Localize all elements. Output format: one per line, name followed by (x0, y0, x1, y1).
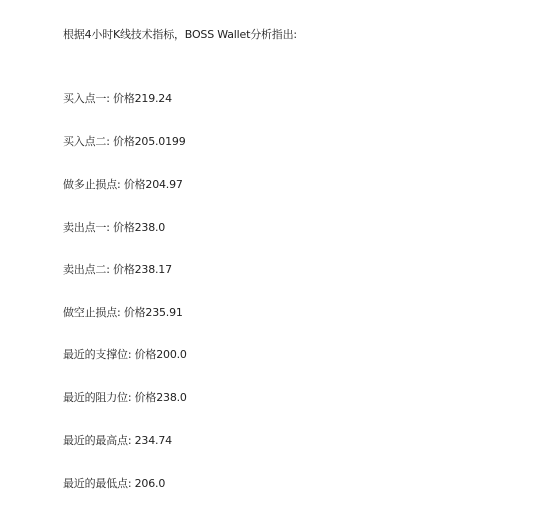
item-value: 价格238.0 (135, 391, 187, 404)
item-label: 买入点一 (63, 92, 106, 105)
recent-low: 最近的最低点: 206.0 (63, 477, 165, 491)
separator: : (128, 477, 135, 490)
recent-high: 最近的最高点: 234.74 (63, 434, 172, 448)
nearest-support: 最近的支撑位: 价格200.0 (63, 348, 187, 362)
separator: : (106, 221, 113, 234)
item-label: 最近的支撑位 (63, 348, 128, 361)
separator: : (106, 135, 113, 148)
buy-point-2: 买入点二: 价格205.0199 (63, 135, 186, 149)
separator: : (128, 434, 135, 447)
item-value: 价格238.17 (113, 263, 172, 276)
separator: : (117, 306, 124, 319)
item-value: 价格219.24 (113, 92, 172, 105)
item-label: 做多止损点 (63, 178, 117, 191)
item-value: 206.0 (135, 477, 166, 490)
item-label: 买入点二 (63, 135, 106, 148)
buy-point-1: 买入点一: 价格219.24 (63, 92, 172, 106)
separator: : (128, 348, 135, 361)
item-value: 价格235.91 (124, 306, 183, 319)
item-value: 价格238.0 (113, 221, 165, 234)
separator: : (106, 92, 113, 105)
item-label: 最近的阻力位 (63, 391, 128, 404)
item-label: 做空止损点 (63, 306, 117, 319)
separator: : (106, 263, 113, 276)
separator: : (128, 391, 135, 404)
short-stop-loss: 做空止损点: 价格235.91 (63, 306, 183, 320)
sell-point-1: 卖出点一: 价格238.0 (63, 221, 165, 235)
long-stop-loss: 做多止损点: 价格204.97 (63, 178, 183, 192)
item-value: 价格204.97 (124, 178, 183, 191)
sell-point-2: 卖出点二: 价格238.17 (63, 263, 172, 277)
item-value: 价格200.0 (135, 348, 187, 361)
separator: : (117, 178, 124, 191)
nearest-resistance: 最近的阻力位: 价格238.0 (63, 391, 187, 405)
intro-text: 根据4小时K线技术指标，BOSS Wallet分析指出: (63, 28, 297, 42)
item-value: 234.74 (135, 434, 172, 447)
item-label: 最近的最高点 (63, 434, 128, 447)
item-label: 最近的最低点 (63, 477, 128, 490)
item-label: 卖出点一 (63, 221, 106, 234)
item-value: 价格205.0199 (113, 135, 186, 148)
item-label: 卖出点二 (63, 263, 106, 276)
